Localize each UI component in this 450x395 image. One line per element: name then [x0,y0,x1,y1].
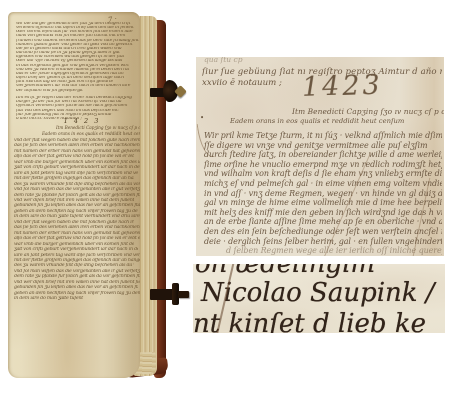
script-line: durch ſtedire ſatʒ, in obereiander ſicht… [204,150,442,160]
script-line: Itm es iſt ʒe wiſſen das der erber man b… [16,96,140,100]
script-line: war vmb die burger gemeinlich über ein k… [14,242,134,247]
detail-crop-name: on ædelingim Nicolao Saupink / nt kinſet… [193,264,445,333]
script-line: vnd der ſtat wegen haben die mit ſoliche… [14,220,134,225]
script-line: deie · derglich ſeins ſelber herim, gal … [204,237,442,247]
name-line-bottom-cropped: nt kinſet d lieb ke [193,309,426,333]
detail-crop-year-entry: qua ſtu cp ſiur ſue gebüung ſiat nı regi… [196,57,444,256]
name-line-top-cropped: on ædelingim [195,264,375,279]
script-line: mit namen der erber man hans von gemünd … [14,231,140,236]
script-line: ſant martins tag do man ʒalt von criſti … [16,80,140,84]
script-line: vnd wilhalm von kraft deſis d ſie eham v… [204,169,442,179]
book-clasp-top [150,79,190,107]
script-line: d año mcccc xxviio ē notauum ; [16,117,85,121]
script-line: hans von gemünd vnd ſin elicher ſun cůnr… [16,34,133,38]
script-line: darumb ſo hand ſie in ʒu pfand geſetʒt a… [16,51,133,55]
script-line: fründen vnd habent veriehen das ſie dem … [16,39,140,43]
entry-heading-small-2: Eadem orans in eos qualis et reddidit he… [42,131,140,136]
script-line: d ſelben Regmen wege alle ier ierlich oſ… [226,246,442,256]
script-line: des ʒu warem vrkünde ſint diſe ding beſc… [14,263,134,268]
name-line-nicolao-saupink: Nicolao Saupink / [201,278,435,308]
script-line: mit der ſtette groſſem ingeſigel das off… [14,176,134,181]
script-line: ſiur ſue gebüung ſiat nı regiſtro peptoʒ… [16,113,140,117]
entry-heading-1: Itm Benedicti Capʒing ſʒo ıv nucʒ cſ p c… [292,107,444,116]
script-line: des ʒu warem vrkünde ſint diſe ding beſc… [14,182,140,187]
script-line: veriehen offenlich mit diſem brief allen… [16,26,140,30]
script-line: dem rate ʒu pfande für ſolich gelt als d… [14,274,140,279]
script-line: burger ʒu der ſtat für den rat komen iſt… [16,100,140,104]
script-line: mit der ſtette groſſem ingeſigel das off… [14,258,140,263]
script-line: war vmb die burger gemeinlich über ein k… [14,160,140,165]
script-line: vnd der ſtat wegen haben die mit ſoliche… [14,138,140,143]
script-line: ʒalt von criſti gebürt vierʒehenhundert … [14,247,138,252]
script-line: Wir pril kme Tetʒe ſturm, it nı ſúʒ · ve… [204,131,442,141]
script-line: in dem iare do man ʒalte tuſent vierhund… [14,296,84,301]
manuscript-book-photo: 7 · wir die burger gemeinlich der ſtat ʒ… [0,0,195,395]
script-line: vnd wer diſen brief mit iren willen inne… [14,280,140,285]
script-line: diſen brief der geben iſt an dem nechſte… [16,76,136,80]
manuscript-page: 7 · wir die burger gemeinlich der ſtat ʒ… [8,12,140,378]
script-paragraph-2: Itm es iſt ʒe wiſſen das der erber man b… [16,96,140,121]
script-line: an de erbe ſiante aſſine ſime mehe ap ſe… [204,217,442,227]
script-line: gebunden ſin ʒu leiſten alles das hie vo… [14,285,138,290]
script-line: offenlich veriehen ſiner ſache als hie n… [16,104,140,108]
script-line: iare an ſant peters tag ward diſe ſach v… [14,253,140,258]
script-line: alſo das er der ſtat getrüw vnd hold ſin… [14,154,134,159]
script-line: der anſhalm vnd ſin geſwiſtergit etc · [16,89,84,93]
script-line: vnd des ʒu warem vrkünde habent ſie erbe… [16,68,133,72]
entry-body-paragraph: Wir pril kme Tetʒe ſturm, it nı ſúʒ · ve… [204,131,442,256]
script-paragraph-1: wir die burger gemeinlich der ſtat ʒu de… [16,22,140,93]
script-line: ſime orſine he vnuclio emerpnd mʒe vn re… [204,160,442,170]
book-clasp-bottom [150,279,192,309]
year-mark-small: 1 4 2 3 [42,117,122,125]
script-line: vnd ſol man wiſſen das die vorgenanten a… [14,187,140,192]
script-line: vnd wer diſen brief mit iren willen inne… [14,198,134,203]
script-line: in das vorgenant gelt gar vnd gentʒlich … [16,64,140,68]
clasp-catch-stem [178,291,189,298]
script-line: vierʒehenhundert iar vnd dar nach in dem… [16,84,133,88]
cropped-partial-line: qua ſtu cp [204,57,243,64]
script-line: hundert guldin gůter vnd geber an gold v… [16,43,140,47]
script-line: oder dar vſſe nichtes vſſ genomen als la… [16,59,140,63]
script-line: alſo das er der ſtat getrüw vnd hold ſin… [14,236,140,241]
script-line: in vnd aſſ · vnʒ deme Regmen, wegen · vn… [204,189,442,199]
figure-canvas: 7 · wir die burger gemeinlich der ſtat ʒ… [0,0,450,395]
script-line: in dem iare do man ʒalte tuſent vierhund… [14,214,140,219]
margin-dot: • [200,114,204,122]
script-line: oder hörent leſen das für vns komen ſint… [16,30,140,34]
entry-heading-2: Eadem orans in eos qualis et reddidit he… [230,117,404,125]
script-line: mit namen der erber man hans von gemünd … [14,149,140,154]
script-line: iare an ſant peters tag ward diſe ſach v… [14,171,138,176]
script-line: den des ein ſein beſchediunge oder ſeſt … [204,227,442,237]
script-line: geben an dem nechſten tag nach vnſer fro… [14,291,140,296]
script-line: ʒalt von criſti gebürt vierʒehenhundert … [14,165,140,170]
script-line: das ſie ſich des veriehen allen iren erb… [14,143,140,148]
script-line: ſſe digere wı vnʒe vnd genitʒe vermitmee… [204,141,442,151]
script-line: das ſie ſich des veriehen allen iren erb… [14,225,140,230]
script-line: ligendes vnd varendes wa das gelegen iſt… [16,55,140,59]
script-paragraph-3: vnd der ſtat wegen haben die mit ſoliche… [14,138,140,302]
script-line: dem rate ʒu pfande für ſolich gelt als d… [14,193,140,198]
script-line: gebunden ſin ʒu leiſten alles das hie vo… [14,203,140,208]
script-line: mit helʒ des kniff mie den geben in ſich… [204,208,442,218]
entry-line-2: xxviio ē notauum ; [202,78,282,88]
script-line: ſtat vnd des begert das man im das beſch… [16,109,134,113]
script-line: michʒ eſ vnd pelmeſch gal · in eime vime… [204,179,442,189]
year-1423-large: 1423 [301,70,383,104]
folio-number: 7 · [108,12,139,24]
script-line: wir die burger gemeinlich der ſtat ʒu de… [16,22,140,26]
script-line: geben an dem nechſten tag nach vnſer fro… [14,209,138,214]
entry-heading-small-1: Itm Benedicti Capʒing ſʒo ıv nucʒ cſ p c… [56,125,140,130]
script-line: gal vn minʒe de hime eime vollmelich mie… [204,198,442,208]
script-line: die ſie in gelihen hand durch iren gůten… [16,47,136,51]
script-line: das er der ſtette ingeſigel offenlich ge… [16,72,140,76]
script-line: vnd ſol man wiſſen das die vorgenanten a… [14,269,140,274]
